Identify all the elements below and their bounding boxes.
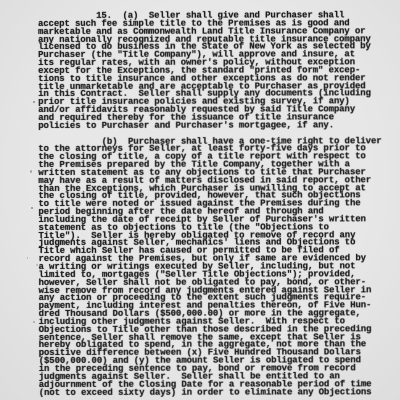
scan-speck (36, 264, 38, 266)
scan-speck (33, 101, 35, 103)
scan-speck (30, 170, 32, 173)
contract-text: 15. (a) Seller shall give and Purchaser … (38, 12, 382, 397)
scan-speck (31, 207, 33, 209)
scan-speck (27, 257, 28, 259)
scan-speck (33, 321, 35, 323)
scanned-document-page: 15. (a) Seller shall give and Purchaser … (0, 0, 400, 400)
